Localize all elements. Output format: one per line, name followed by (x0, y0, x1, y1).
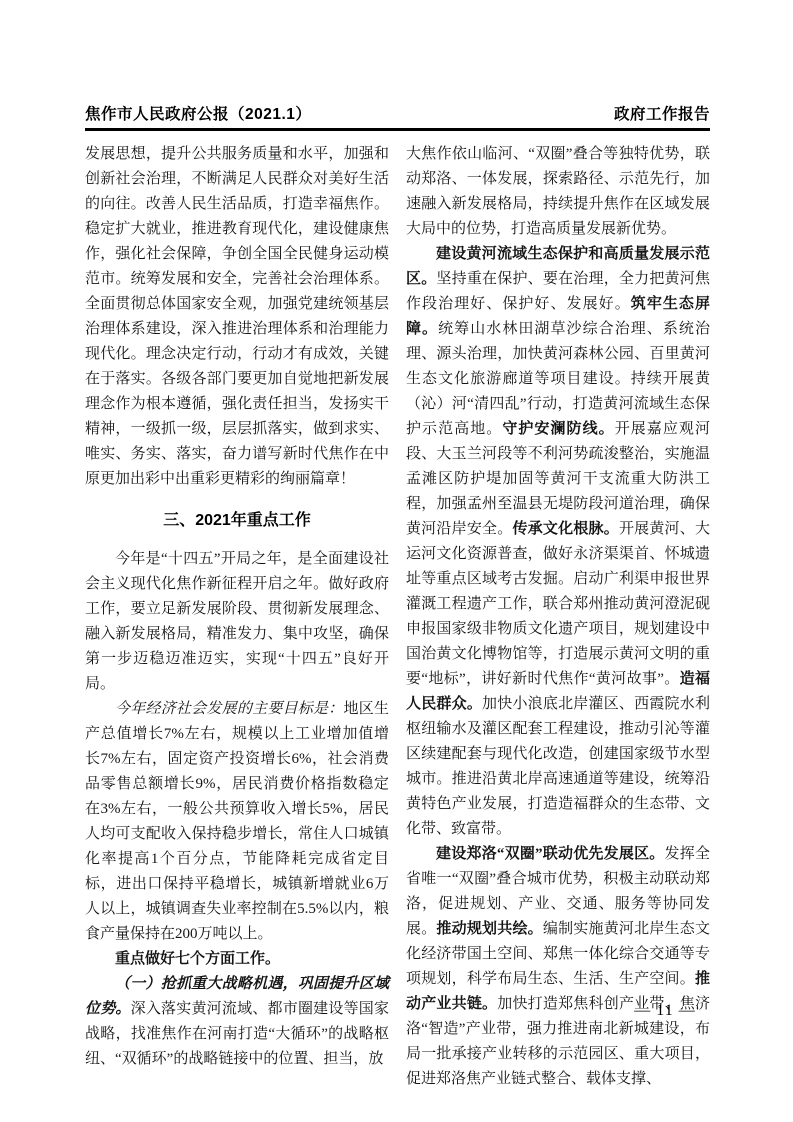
section-heading: 三、2021年重点工作 (85, 508, 389, 533)
subhead-bold: 推动规划共绘。 (436, 921, 542, 937)
targets-body: 地区生产总值增长7%左右，规模以上工业增加值增长7%左右，固定资产投资增长6%，… (85, 701, 389, 942)
lead-in-bold: 建设郑洛“双圈”联动优先发展区。 (436, 846, 665, 862)
two-column-body: 发展思想，提升公共服务质量和水平，加强和创新社会治理，不断满足人民群众对美好生活… (85, 142, 710, 1092)
paragraph-yellow-river-zone: 建设黄河流域生态保护和高质量发展示范区。坚持重在保护、要在治理，全力把黄河焦作段… (406, 242, 710, 842)
paragraph-item-one: （一）抢抓重大战略机遇，巩固提升区域位势。深入落实黄河流域、都市圈建设等国家战略… (85, 972, 389, 1072)
body-text: 加快小浪底北岸灌区、西霞院水利枢纽输水及灌区配套工程建设，推动引沁等灌区续建配套… (406, 696, 710, 837)
paragraph-key-tasks: 重点做好七个方面工作。 (85, 947, 389, 972)
paragraph-continuation: 发展思想，提升公共服务质量和水平，加强和创新社会治理，不断满足人民群众对美好生活… (85, 142, 389, 492)
right-column: 大焦作依山临河、“双圈”叠合等独特优势，联动郑洛、一体发展，探索路径、示范先行，… (406, 142, 710, 1092)
paragraph-targets: 今年经济社会发展的主要目标是：地区生产总值增长7%左右，规模以上工业增加值增长7… (85, 697, 389, 947)
gazette-page: 焦作市人民政府公报（2021.1） 政府工作报告 发展思想，提升公共服务质量和水… (0, 0, 793, 1122)
header-report-title: 政府工作报告 (614, 102, 710, 124)
subhead-bold: 守护安澜防线。 (502, 421, 614, 437)
left-column: 发展思想，提升公共服务质量和水平，加强和创新社会治理，不断满足人民群众对美好生活… (85, 142, 389, 1092)
targets-lead-in: 今年经济社会发展的主要目标是： (115, 701, 344, 717)
paragraph-continuation: 大焦作依山临河、“双圈”叠合等独特优势，联动郑洛、一体发展，探索路径、示范先行，… (406, 142, 710, 242)
subhead-bold: 传承文化根脉。 (512, 521, 618, 537)
paragraph-zhengluo-zone: 建设郑洛“双圈”联动优先发展区。发挥全省唯一“双圈”叠合城市优势，积极主动联动郑… (406, 842, 710, 1092)
header-publication-title: 焦作市人民政府公报（2021.1） (85, 102, 311, 124)
body-text: 开展嘉应观河段、大玉兰河段等不利河势疏浚整治，实施温孟滩区防护堤加固等黄河干支流… (406, 421, 710, 537)
page-header: 焦作市人民政府公报（2021.1） 政府工作报告 (85, 102, 710, 124)
body-text: 统筹山水林田湖草沙综合治理、系统治理、源头治理，加快黄河森林公园、百里黄河生态文… (406, 321, 710, 437)
item-one-body: 深入落实黄河流域、都市圈建设等国家战略，找准焦作在河南打造“大循环”的战略枢纽、… (85, 1001, 389, 1067)
page-number: — 11 — (620, 1002, 710, 1020)
body-text: 开展黄河、大运河文化资源普查，做好永济渠渠首、怀城遗址等重点区域考古发掘。启动广… (406, 521, 710, 687)
paragraph: 今年是“十四五”开局之年，是全面建设社会主义现代化焦作新征程开启之年。做好政府工… (85, 547, 389, 697)
header-rule (85, 128, 710, 131)
